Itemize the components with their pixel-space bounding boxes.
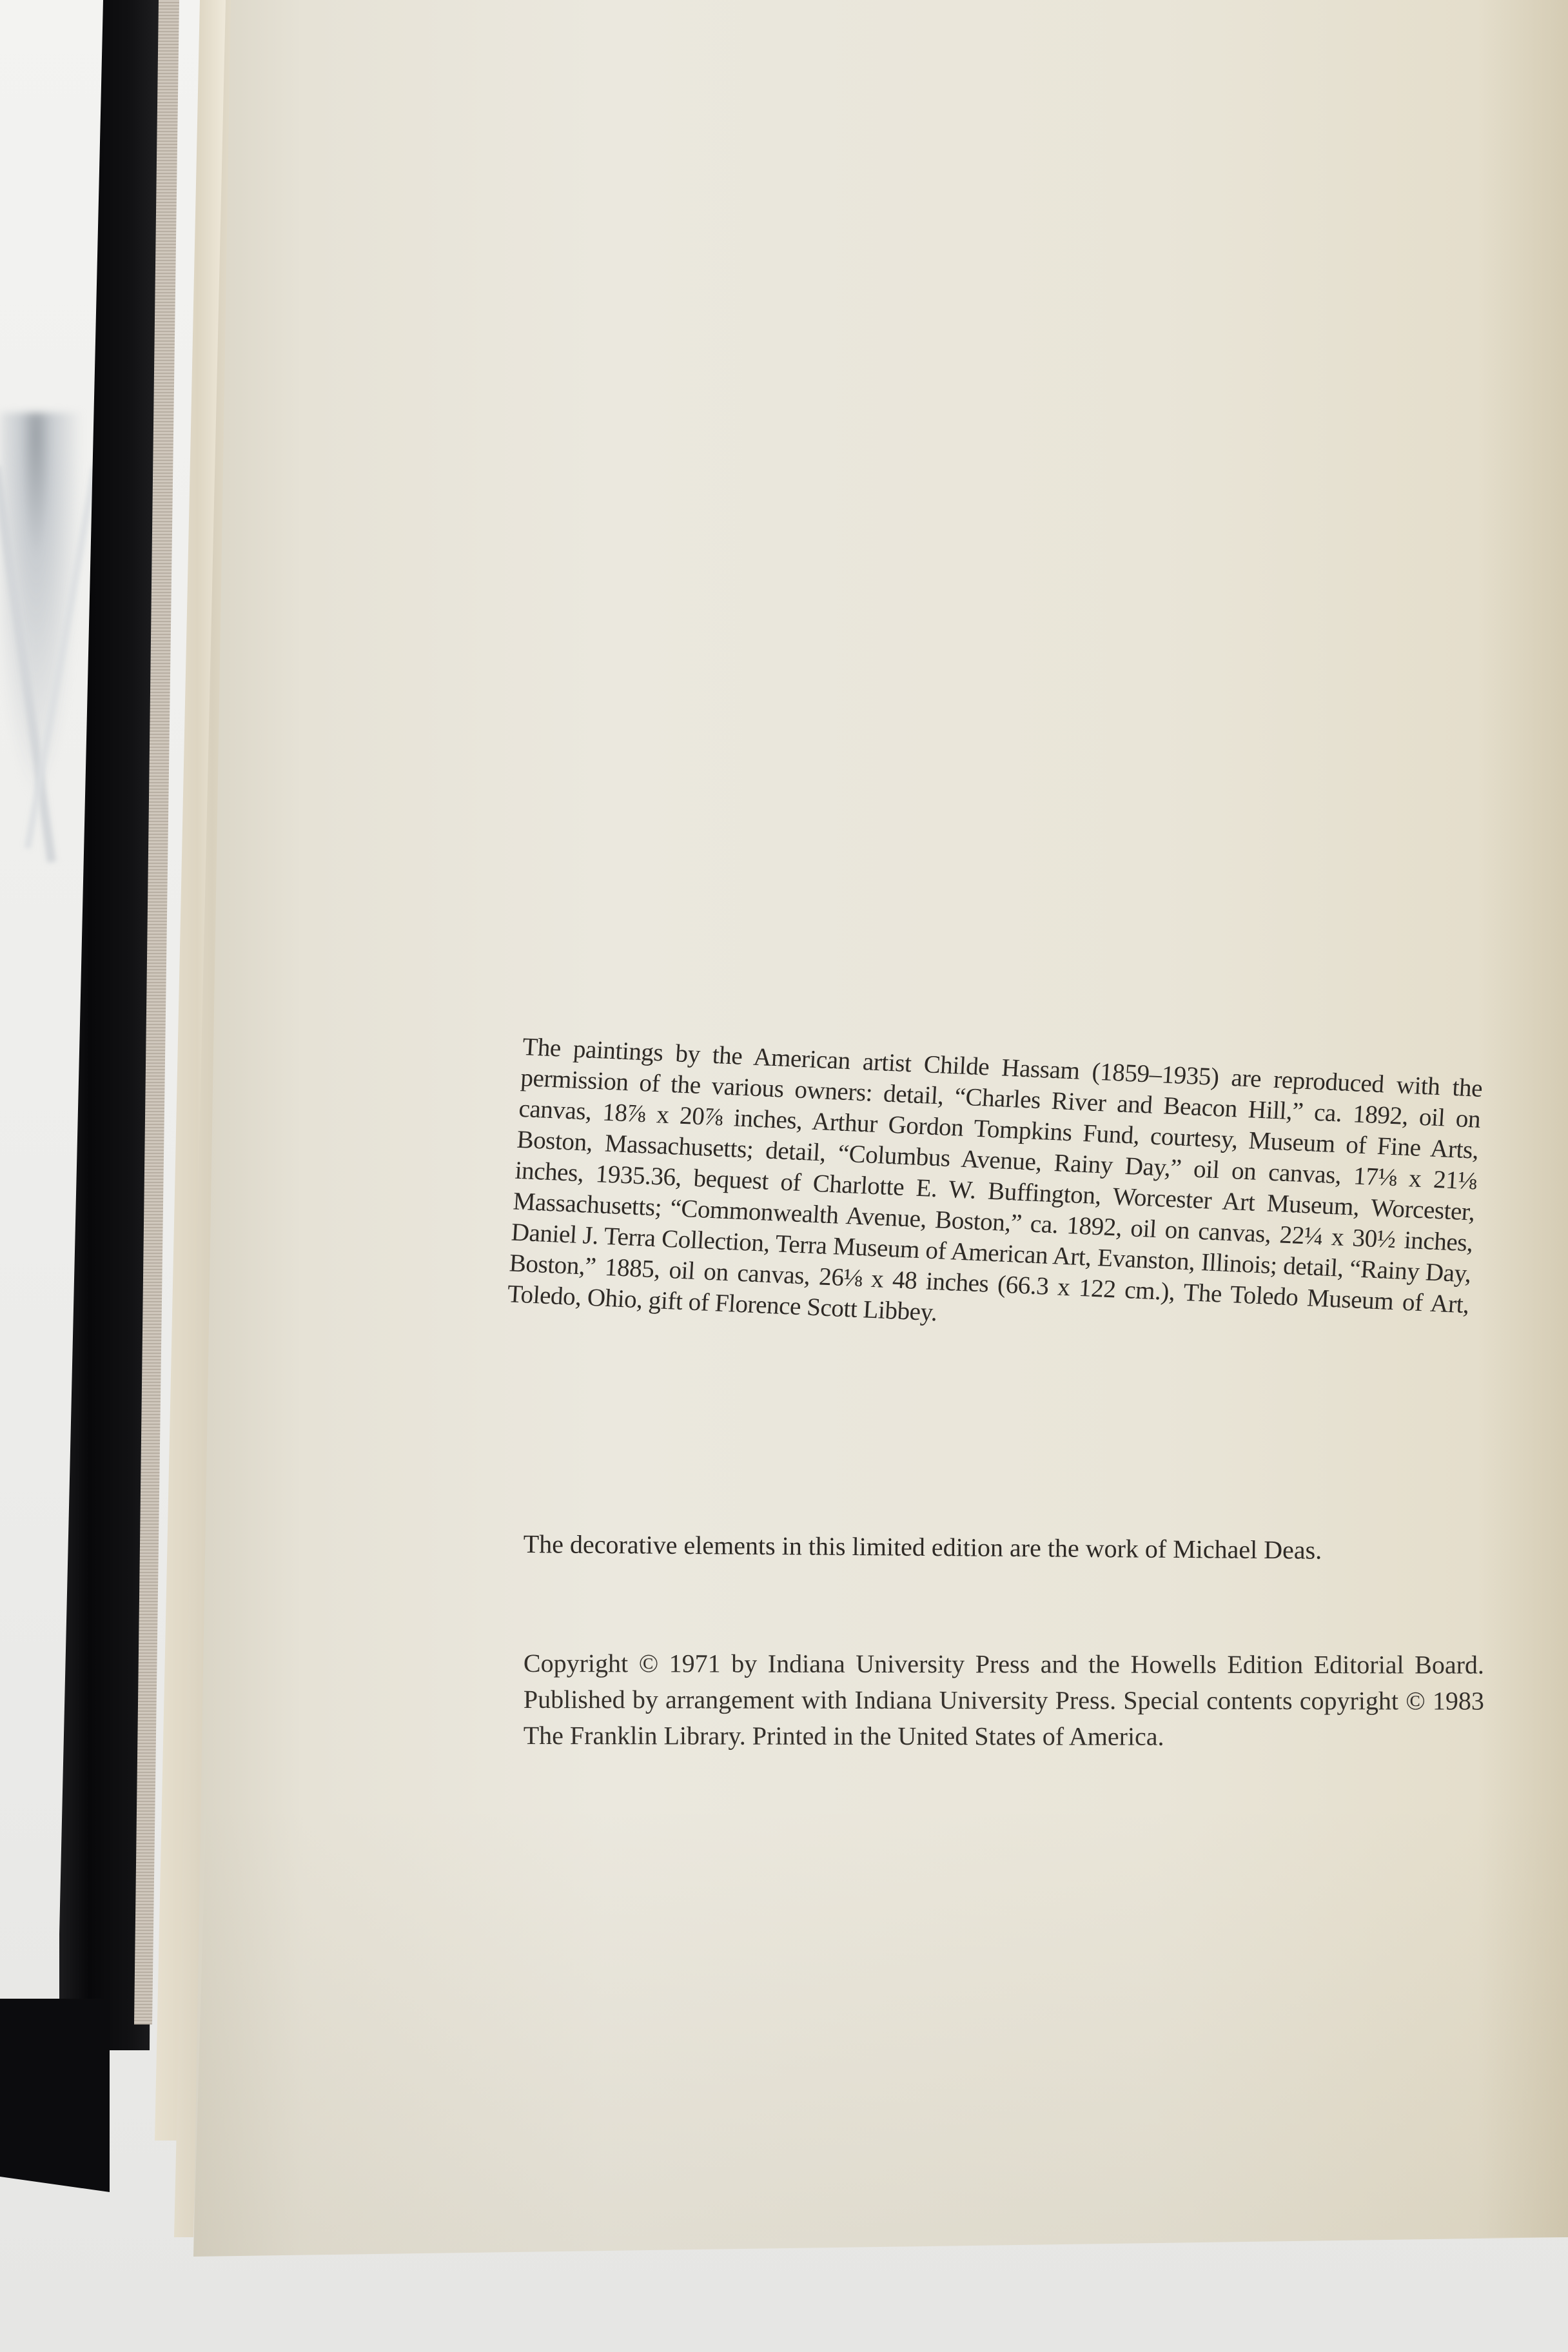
book-cover-corner	[0, 1999, 110, 2192]
painting-credits-text: The paintings by the American artist Chi…	[507, 1032, 1484, 1351]
copyright-text: Copyright © 1971 by Indiana University P…	[524, 1645, 1484, 1756]
page-shadow	[193, 1805, 1568, 2257]
page-curl-shadow	[1478, 0, 1568, 2237]
painting-credits-paragraph: The paintings by the American artist Chi…	[507, 1032, 1484, 1351]
copyright-paragraph: Copyright © 1971 by Indiana University P…	[524, 1645, 1484, 1756]
